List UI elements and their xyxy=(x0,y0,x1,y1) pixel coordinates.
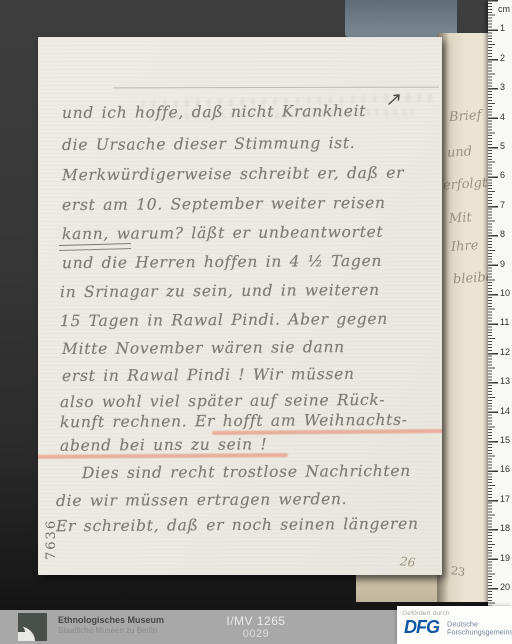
ruler-unit-label: cm xyxy=(498,4,510,14)
ruler-number: 15 xyxy=(500,435,512,446)
ruler-number: 12 xyxy=(500,347,512,358)
adjacent-text-fragment: und xyxy=(447,144,473,161)
ruler-number: 9 xyxy=(500,259,512,270)
funding-org-name: Deutsche Forschungsgemeinschaft xyxy=(447,620,512,637)
handwritten-line: Mitte November wären sie dann xyxy=(62,338,345,358)
ruler-number: 8 xyxy=(500,229,512,240)
handwritten-line: Er schreibt, daß er noch seinen längeren xyxy=(56,515,419,536)
ruler-number: 10 xyxy=(500,288,512,299)
ruler-number: 18 xyxy=(500,523,512,534)
handwritten-line: die Ursache dieser Stimmung ist. xyxy=(62,134,356,154)
ruler-number: 13 xyxy=(500,376,512,387)
handwritten-line: 15 Tagen in Rawal Pindi. Aber gegen xyxy=(60,310,388,330)
handwritten-line: abend bei uns zu sein ! xyxy=(60,435,268,454)
handwritten-line: erst in Rawal Pindi ! Wir müssen xyxy=(62,365,355,385)
ruler-number: 20 xyxy=(500,582,512,593)
handwritten-line: die wir müssen ertragen werden. xyxy=(56,490,347,510)
ruler-number: 4 xyxy=(500,112,512,123)
ruler-number: 7 xyxy=(500,200,512,211)
funding-org-line1: Deutsche xyxy=(447,620,512,628)
ruler-number: 6 xyxy=(500,170,512,181)
cm-ruler: cm 1 2 3 4 5 6 7 8 9 10 11 12 13 14 15 1… xyxy=(488,0,512,606)
handwritten-line: und ich hoffe, daß nicht Krankheit xyxy=(62,102,366,122)
adjacent-text-fragment: Brief xyxy=(449,108,482,125)
ruler-number: 14 xyxy=(500,406,512,417)
handwritten-line: Merkwürdigerweise schreibt er, daß er xyxy=(62,164,404,184)
ruler-number: 5 xyxy=(500,141,512,152)
red-underline xyxy=(212,429,442,435)
red-underline xyxy=(38,453,288,459)
handwritten-line: in Srinagar zu sein, und in weiteren xyxy=(60,281,380,301)
adjacent-text-fragment: Ihre xyxy=(451,238,479,255)
funding-label: Gefördert durch xyxy=(402,609,450,617)
handwritten-line: kann, warum? läßt er unbeantwortet xyxy=(62,223,384,243)
adjacent-text-fragment: Mit xyxy=(449,210,473,227)
funding-badge: Gefördert durch DFG Deutsche Forschungsg… xyxy=(397,606,512,644)
funding-org-line2: Forschungsgemeinschaft xyxy=(447,628,512,636)
handwritten-line: Dies sind recht trostlose Nachrichten xyxy=(82,462,411,482)
ruler-number: 11 xyxy=(500,317,512,328)
page-number-pencil: 26 xyxy=(399,554,416,570)
adjacent-text-fragment: bleibe xyxy=(453,270,490,288)
handwritten-line: kunft rechnen. Er hofft am Weihnachts- xyxy=(60,411,408,431)
handwritten-line: und die Herren hoffen in 4 ½ Tagen xyxy=(62,252,382,272)
ruler-number: 16 xyxy=(500,464,512,475)
scanner-clamp xyxy=(345,0,457,37)
ruler-number: 1 xyxy=(500,23,512,34)
manuscript-page: und ich hoffe, daß nicht Krankheit die U… xyxy=(38,37,442,575)
ruler-ticks xyxy=(488,0,498,606)
handwritten-line: erst am 10. September weiter reisen xyxy=(62,194,386,214)
adjacent-page: Brief und erfolgt Mit Ihre bleibe 23 xyxy=(437,33,490,602)
handwritten-line: also wohl viel später auf seine Rück- xyxy=(60,391,385,411)
ruler-number: 2 xyxy=(500,53,512,64)
dfg-logo: DFG xyxy=(404,617,439,638)
archive-number-vertical: 7636 xyxy=(44,519,59,560)
ruler-number: 17 xyxy=(500,494,512,505)
museum-subtitle: Staatliche Museen zu Berlin xyxy=(58,626,157,635)
ink-double-underline xyxy=(59,243,131,251)
museum-logo-icon xyxy=(18,613,47,641)
page-number-adjacent: 23 xyxy=(450,564,466,579)
scan-viewport: Brief und erfolgt Mit Ihre bleibe 23 und… xyxy=(0,0,512,644)
underlying-sheet xyxy=(356,572,448,602)
ruler-number: 3 xyxy=(500,82,512,93)
ruler-number: 19 xyxy=(500,553,512,564)
fold-crease xyxy=(113,87,439,89)
pencil-arrow-mark xyxy=(387,92,402,111)
adjacent-text-fragment: erfolgt xyxy=(443,175,488,193)
museum-name: Ethnologisches Museum xyxy=(58,615,164,625)
